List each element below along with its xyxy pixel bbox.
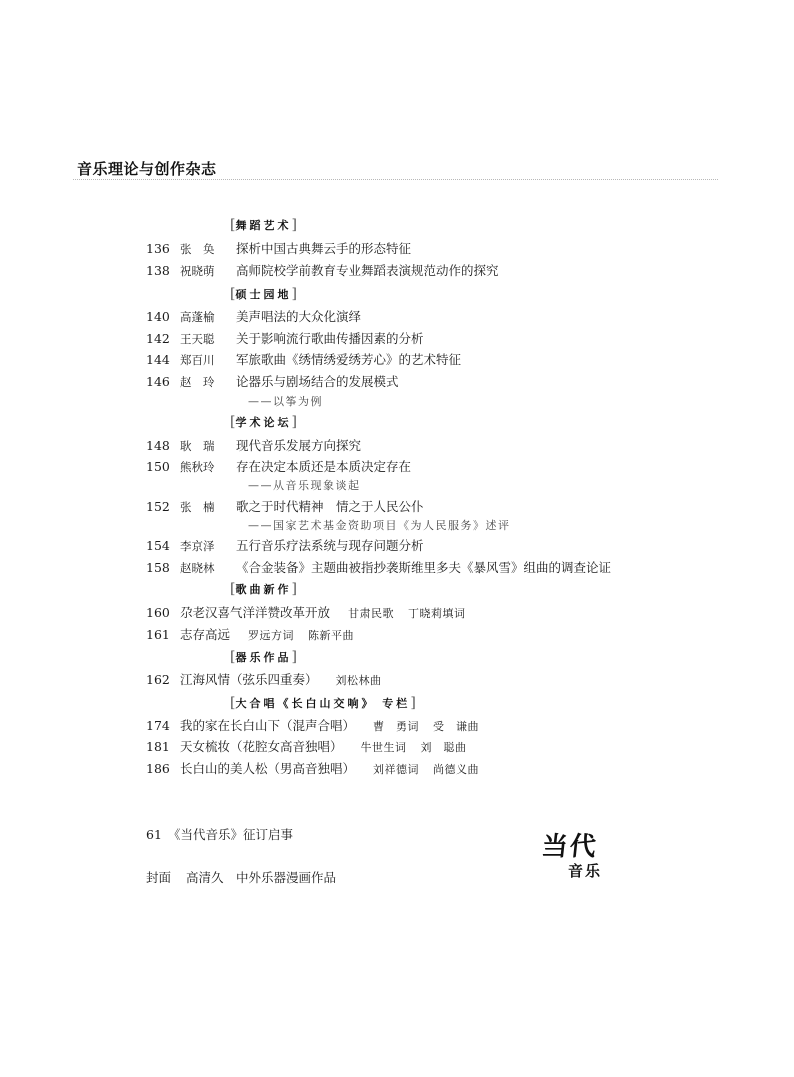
article-title: 军旅歌曲《绣情绣爱绣芳心》的艺术特征 <box>236 352 461 367</box>
toc-entry[interactable]: 161志存高远罗远方词陈新平曲 <box>146 627 354 644</box>
section-heading: [歌曲新作] <box>230 581 297 597</box>
credit: 刘 聪曲 <box>421 741 467 754</box>
toc-entry[interactable]: 154李京泽五行音乐疗法系统与现存问题分析 <box>146 538 424 554</box>
article-title: 美声唱法的大众化演绎 <box>236 309 361 324</box>
page-number: 152 <box>146 499 180 515</box>
toc-entry[interactable]: 174我的家在长白山下（混声合唱）曹 勇词受 谦曲 <box>146 718 479 735</box>
toc-entry[interactable]: 150熊秋玲存在决定本质还是本质决定存在 <box>146 459 411 475</box>
cover-label: 封面 <box>146 868 186 886</box>
author: 张 楠 <box>180 499 236 515</box>
section-heading: [学术论坛] <box>230 414 297 430</box>
work-title: 尕老汉喜气洋洋赞改革开放 <box>180 605 330 620</box>
section-heading: [硕士园地] <box>230 286 297 302</box>
author: 赵 玲 <box>180 374 236 390</box>
toc-entry[interactable]: 162江海风情（弦乐四重奏）刘松林曲 <box>146 672 382 689</box>
page-number: 186 <box>146 761 180 777</box>
author: 熊秋玲 <box>180 459 236 475</box>
article-title: 现代音乐发展方向探究 <box>236 438 361 453</box>
page-number: 154 <box>146 538 180 554</box>
page-number: 144 <box>146 352 180 368</box>
work-title: 志存高远 <box>180 627 230 642</box>
notice-cover: 封面高清久 中外乐器漫画作品 <box>146 868 336 886</box>
section-heading: [大合唱《长白山交响》 专栏] <box>230 695 416 711</box>
cover-credit: 高清久 中外乐器漫画作品 <box>186 870 336 885</box>
toc-entry[interactable]: 181天女梳妆（花腔女高音独唱）牛世生词刘 聪曲 <box>146 739 467 756</box>
article-subtitle: ——从音乐现象谈起 <box>248 477 361 493</box>
page-number: 136 <box>146 241 180 257</box>
credit: 曹 勇词 <box>373 720 419 733</box>
toc-entry[interactable]: 146赵 玲论器乐与剧场结合的发展模式 <box>146 374 399 390</box>
credit: 丁晓莉填词 <box>408 607 466 620</box>
page-number: 160 <box>146 605 180 621</box>
page-number: 61 <box>146 827 168 842</box>
credit: 尚德义曲 <box>433 763 479 776</box>
toc-entry[interactable]: 136张 奂探析中国古典舞云手的形态特征 <box>146 241 411 257</box>
page-number: 158 <box>146 560 180 576</box>
page-number: 181 <box>146 739 180 755</box>
work-title: 天女梳妆（花腔女高音独唱） <box>180 739 343 754</box>
toc-entry[interactable]: 152张 楠歌之于时代精神 情之于人民公仆 <box>146 499 424 515</box>
credit: 甘肃民歌 <box>348 607 394 620</box>
author: 赵晓林 <box>180 560 236 576</box>
toc-entry[interactable]: 148耿 瑞现代音乐发展方向探究 <box>146 438 361 454</box>
notice-subscription[interactable]: 61《当代音乐》征订启事 <box>146 825 293 843</box>
credit: 刘松林曲 <box>336 674 382 687</box>
article-title: 存在决定本质还是本质决定存在 <box>236 459 411 474</box>
article-title: 《合金装备》主题曲被指抄袭斯维里多夫《暴风雪》组曲的调查论证 <box>236 560 611 575</box>
author: 耿 瑞 <box>180 438 236 454</box>
journal-logo: 当代 音乐 <box>540 826 610 886</box>
article-title: 论器乐与剧场结合的发展模式 <box>236 374 399 389</box>
section-heading: [舞蹈艺术] <box>230 217 297 233</box>
page-number: 174 <box>146 718 180 734</box>
toc-entry[interactable]: 140高蓬榆美声唱法的大众化演绎 <box>146 309 361 325</box>
page-number: 150 <box>146 459 180 475</box>
credit: 陈新平曲 <box>308 629 354 642</box>
author: 李京泽 <box>180 538 236 554</box>
work-title: 长白山的美人松（男高音独唱） <box>180 761 355 776</box>
header-divider <box>73 179 718 180</box>
article-subtitle: ——国家艺术基金资助项目《为人民服务》述评 <box>248 517 511 533</box>
page-number: 142 <box>146 331 180 347</box>
article-title: 关于影响流行歌曲传播因素的分析 <box>236 331 424 346</box>
article-title: 五行音乐疗法系统与现存问题分析 <box>236 538 424 553</box>
article-title: 歌之于时代精神 情之于人民公仆 <box>236 499 424 514</box>
page-number: 162 <box>146 672 180 688</box>
toc-entry[interactable]: 160尕老汉喜气洋洋赞改革开放甘肃民歌丁晓莉填词 <box>146 605 466 622</box>
credit: 受 谦曲 <box>433 720 479 733</box>
author: 王天聪 <box>180 331 236 347</box>
page-number: 138 <box>146 263 180 279</box>
author: 张 奂 <box>180 241 236 257</box>
page-number: 146 <box>146 374 180 390</box>
page-number: 148 <box>146 438 180 454</box>
journal-title: 音乐理论与创作杂志 <box>77 158 217 179</box>
toc-entry[interactable]: 142王天聪关于影响流行歌曲传播因素的分析 <box>146 331 424 347</box>
toc-entry[interactable]: 144郑百川军旅歌曲《绣情绣爱绣芳心》的艺术特征 <box>146 352 461 368</box>
article-subtitle: ——以筝为例 <box>248 393 323 409</box>
credit: 罗远方词 <box>248 629 294 642</box>
page-number: 140 <box>146 309 180 325</box>
page-number: 161 <box>146 627 180 643</box>
notice-text: 《当代音乐》征订启事 <box>168 827 293 842</box>
author: 祝晓萌 <box>180 263 236 279</box>
author: 郑百川 <box>180 352 236 368</box>
work-title: 江海风情（弦乐四重奏） <box>180 672 318 687</box>
work-title: 我的家在长白山下（混声合唱） <box>180 718 355 733</box>
section-heading: [器乐作品] <box>230 649 297 665</box>
article-title: 高师院校学前教育专业舞蹈表演规范动作的探究 <box>236 263 499 278</box>
author: 高蓬榆 <box>180 309 236 325</box>
credit: 刘祥德词 <box>373 763 419 776</box>
toc-entry[interactable]: 186长白山的美人松（男高音独唱）刘祥德词尚德义曲 <box>146 761 479 778</box>
toc-entry[interactable]: 158赵晓林《合金装备》主题曲被指抄袭斯维里多夫《暴风雪》组曲的调查论证 <box>146 560 611 576</box>
article-title: 探析中国古典舞云手的形态特征 <box>236 241 411 256</box>
credit: 牛世生词 <box>361 741 407 754</box>
toc-entry[interactable]: 138祝晓萌高师院校学前教育专业舞蹈表演规范动作的探究 <box>146 263 499 279</box>
